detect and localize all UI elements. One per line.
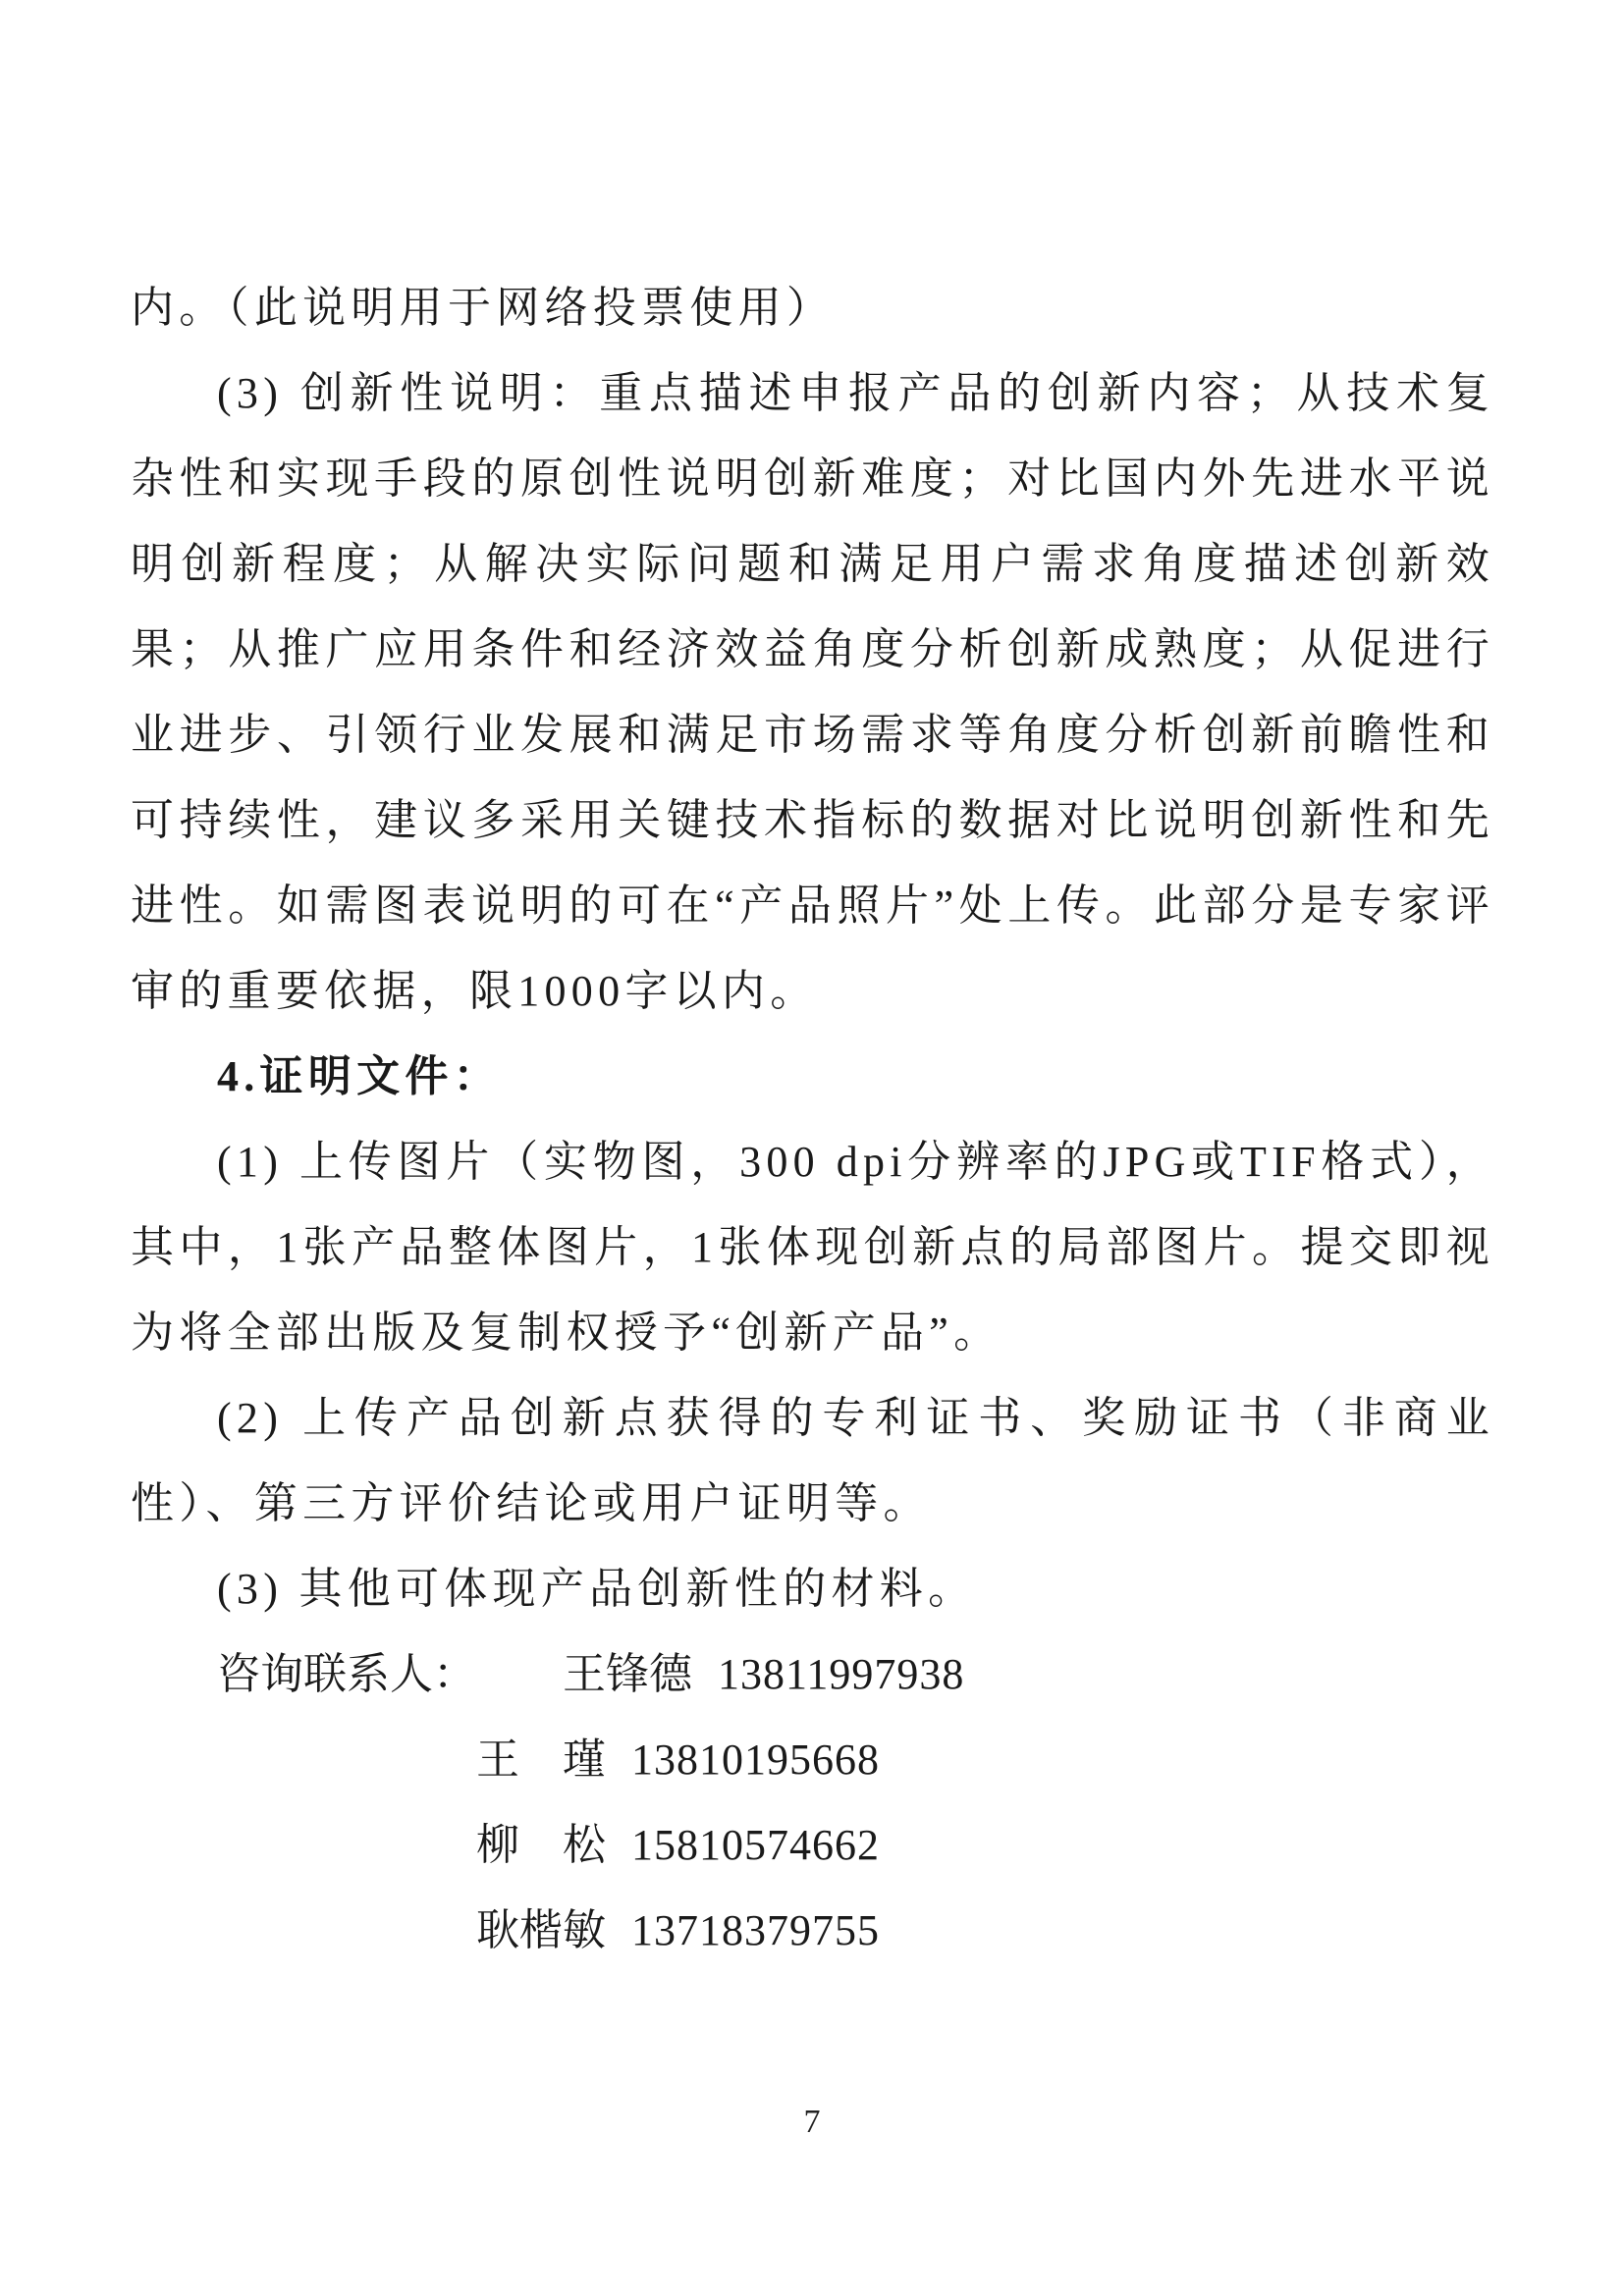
paragraph-item-other-materials: (3) 其他可体现产品创新性的材料。	[131, 1546, 1494, 1631]
document-body: 内。（此说明用于网络投票使用） (3) 创新性说明：重点描述申报产品的创新内容；…	[131, 265, 1494, 1973]
contact-phone: 13811997938	[718, 1650, 964, 1698]
page-footer: 7	[0, 2101, 1624, 2144]
document-page: 内。（此说明用于网络投票使用） (3) 创新性说明：重点描述申报产品的创新内容；…	[0, 0, 1624, 2296]
page-number: 7	[804, 2104, 821, 2140]
contact-phone: 13718379755	[631, 1906, 880, 1954]
contact-name: 柳 松	[476, 1802, 606, 1888]
paragraph-vote-note: 内。（此说明用于网络投票使用）	[131, 265, 1494, 350]
contact-name: 耿楷敏	[476, 1888, 606, 1973]
paragraph-innovation-description: (3) 创新性说明：重点描述申报产品的创新内容；从技术复杂性和实现手段的原创性说…	[131, 350, 1494, 1034]
contact-row: 柳 松15810574662	[476, 1802, 1494, 1888]
contact-phone: 15810574662	[631, 1821, 880, 1869]
contact-row: 王 瑾13810195668	[476, 1717, 1494, 1802]
contact-label: 咨询联系人：	[217, 1650, 476, 1698]
contact-row: 耿楷敏13718379755	[476, 1888, 1494, 1973]
contact-name: 王 瑾	[476, 1717, 606, 1802]
contact-block: 咨询联系人：王锋德13811997938 王 瑾13810195668 柳 松1…	[131, 1631, 1494, 1973]
contact-phone: 13810195668	[631, 1735, 880, 1784]
paragraph-item-upload-certificates: (2) 上传产品创新点获得的专利证书、奖励证书（非商业性）、第三方评价结论或用户…	[131, 1375, 1494, 1546]
paragraph-item-upload-images: (1) 上传图片（实物图，300 dpi分辨率的JPG或TIF格式），其中，1张…	[131, 1119, 1494, 1375]
contact-name: 王锋德	[476, 1631, 692, 1717]
heading-certificate-files: 4.证明文件：	[131, 1034, 1494, 1119]
contact-row: 咨询联系人：王锋德13811997938	[131, 1631, 1494, 1717]
